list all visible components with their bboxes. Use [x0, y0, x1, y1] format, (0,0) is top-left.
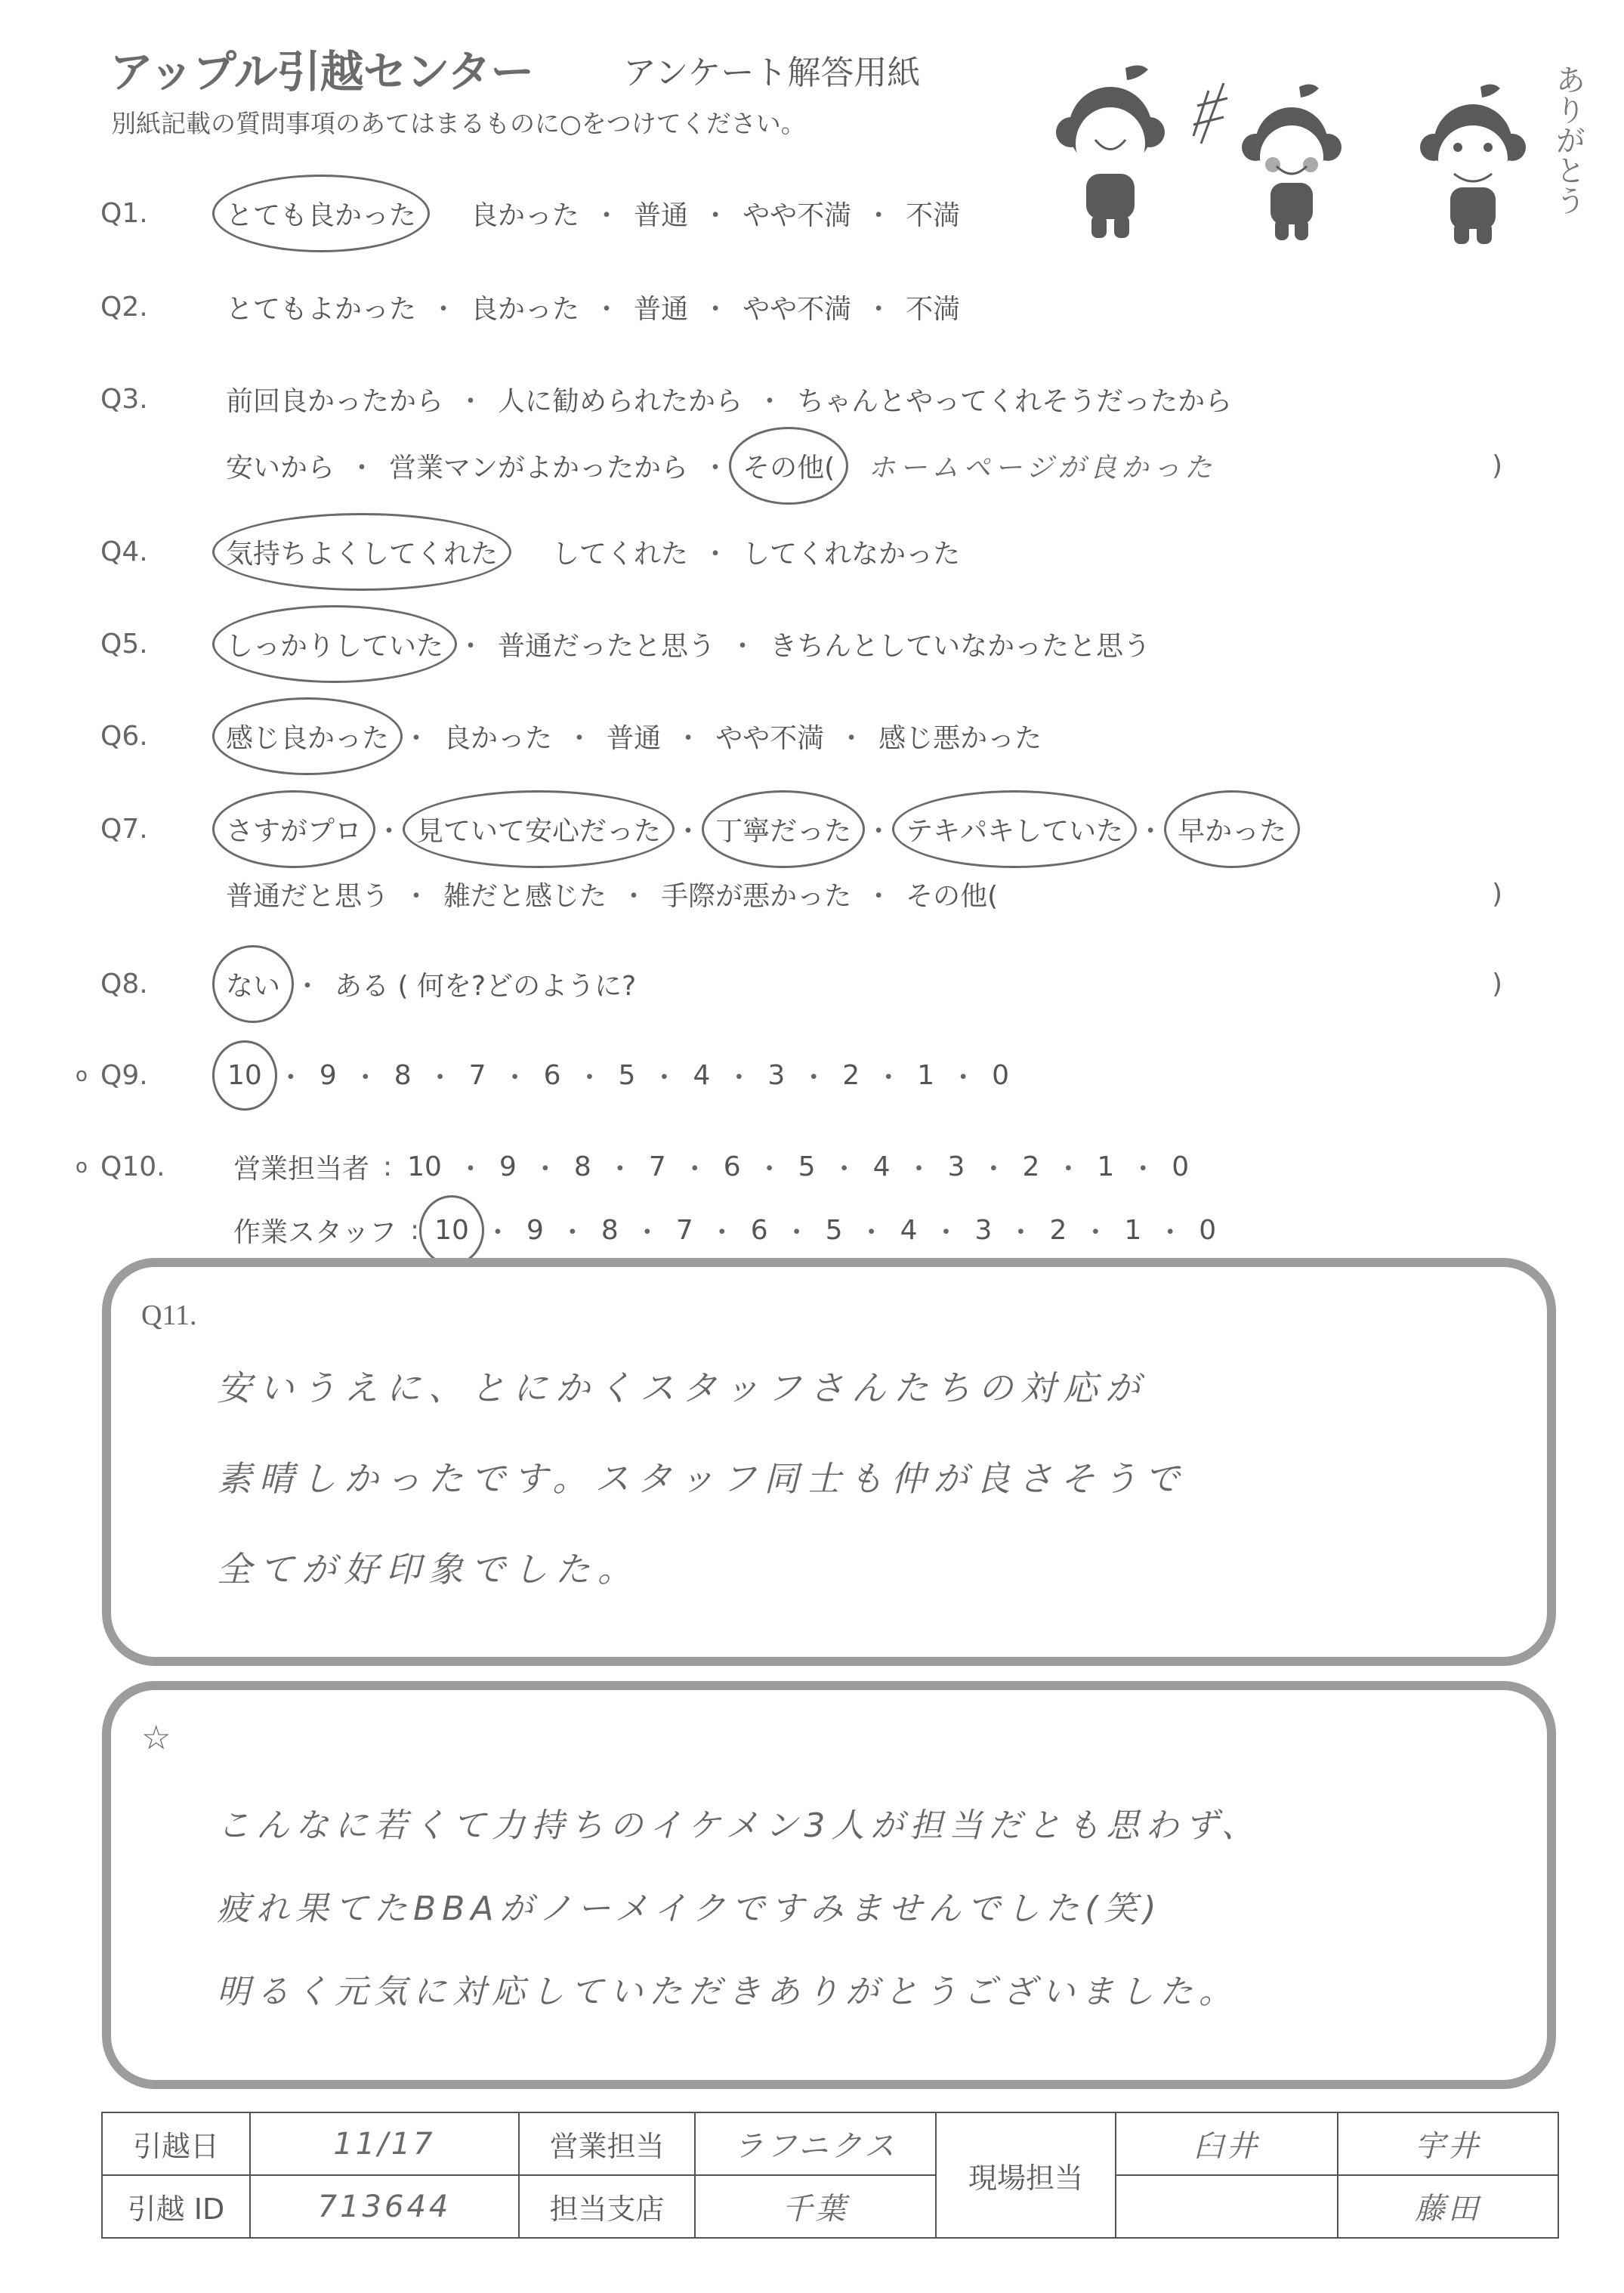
option-q2-0[interactable]: とてもよかった: [223, 288, 419, 326]
score-q9-8[interactable]: 8: [390, 1060, 416, 1091]
q10-staff-label: 作業スタッフ: [230, 1211, 400, 1250]
option-q4-1[interactable]: してくれた: [549, 533, 691, 571]
option-q3-4[interactable]: 営業マンがよかったから: [386, 447, 691, 485]
site-staff-4[interactable]: 藤田: [1338, 2175, 1558, 2238]
option-q2-2[interactable]: 普通: [631, 288, 691, 326]
option-q7-4[interactable]: 早かった: [1175, 810, 1289, 848]
move-id-value[interactable]: 713644: [250, 2175, 519, 2238]
question-label: Q1.: [100, 198, 148, 229]
score-q10-sales-2[interactable]: 2: [1017, 1151, 1044, 1182]
question-label: Q3.: [100, 384, 148, 415]
question-label: Q7.: [100, 814, 148, 845]
score-q10-staff-5[interactable]: 5: [821, 1215, 848, 1246]
option-q7-3[interactable]: テキパキしていた: [903, 810, 1126, 848]
option-q8-0[interactable]: ない: [223, 965, 283, 1003]
score-q10-staff-7[interactable]: 7: [672, 1215, 698, 1246]
site-staff-1[interactable]: 臼井: [1116, 2112, 1338, 2175]
move-date-label: 引越日: [102, 2112, 250, 2175]
score-q9-10[interactable]: 10: [223, 1060, 267, 1091]
option-q6-2[interactable]: 普通: [604, 717, 664, 756]
option-q2-4[interactable]: 不満: [903, 288, 963, 326]
option-q6-4[interactable]: 感じ悪かった: [875, 717, 1045, 756]
sales-rep-label: 営業担当: [519, 2112, 695, 2175]
option-q1-4[interactable]: 不満: [903, 194, 963, 233]
q11-label: Q11.: [141, 1299, 197, 1332]
margin-check-mark: o: [76, 1064, 88, 1086]
q11-line-2: 素晴しかったです。スタッフ同士も仲が良さそうで: [217, 1433, 1187, 1524]
option-q3-0[interactable]: 前回良かったから: [223, 380, 446, 419]
option-q6-0[interactable]: 感じ良かった: [223, 717, 392, 756]
question-label: Q2.: [100, 292, 148, 323]
score-q9-6[interactable]: 6: [539, 1060, 566, 1091]
option-q7-1[interactable]: 見ていて安心だった: [413, 810, 664, 848]
option-q6-1[interactable]: 良かった: [440, 717, 555, 756]
option-q7-0[interactable]: さすがプロ: [223, 810, 365, 848]
option-q7-5[interactable]: 普通だと思う: [223, 875, 392, 913]
option-q3-2[interactable]: ちゃんとやってくれそうだったから: [794, 380, 1235, 419]
score-q10-staff-0[interactable]: 0: [1194, 1215, 1221, 1246]
option-q7-other[interactable]: その他(: [903, 875, 1001, 913]
option-q1-0[interactable]: とても良かった: [223, 194, 419, 233]
score-q10-sales-3[interactable]: 3: [943, 1151, 970, 1182]
move-id-label: 引越 ID: [102, 2175, 250, 2238]
score-q10-staff-4[interactable]: 4: [896, 1215, 922, 1246]
branch-label: 担当支店: [519, 2175, 695, 2238]
margin-check-mark: o: [76, 1155, 88, 1178]
score-q10-staff-10[interactable]: 10: [430, 1215, 474, 1246]
question-label: Q4.: [100, 536, 148, 567]
site-staff-2[interactable]: 宇井: [1338, 2112, 1558, 2175]
score-q10-sales-8[interactable]: 8: [570, 1151, 596, 1182]
close-paren: ): [1492, 879, 1502, 910]
score-q10-staff-8[interactable]: 8: [597, 1215, 623, 1246]
free-comment-box[interactable]: ☆ こんなに若くて力持ちのイケメン3人が担当だとも思わず、 疲れ果てたBBAがノ…: [102, 1681, 1556, 2089]
move-info-table: 引越日 11/17 営業担当 ラフニクス 現場担当 臼井 宇井 引越 ID 71…: [101, 2112, 1559, 2239]
close-paren: ): [1492, 450, 1502, 481]
site-staff-3[interactable]: [1116, 2175, 1338, 2238]
branch-value[interactable]: 千葉: [695, 2175, 936, 2238]
instruction-text: 別紙記載の質問事項のあてはまるものに○をつけてください。: [111, 104, 806, 140]
score-q10-sales-9[interactable]: 9: [495, 1151, 521, 1182]
option-q5-0[interactable]: しっかりしていた: [223, 625, 446, 663]
monkey-mascot-icon: [1050, 53, 1594, 249]
star-line-3: 明るく元気に対応していただきありがとうございました。: [217, 1947, 1238, 2038]
star-icon: ☆: [141, 1719, 171, 1757]
option-q7-6[interactable]: 雑だと感じた: [440, 875, 610, 913]
score-q9-1[interactable]: 1: [912, 1060, 939, 1091]
question-label: Q9.: [100, 1060, 148, 1091]
score-q10-sales-5[interactable]: 5: [794, 1151, 820, 1182]
question-label: Q5.: [100, 629, 148, 660]
q11-line-1: 安いうえに、とにかくスタッフさんたちの対応が: [217, 1343, 1147, 1433]
mascot-caption: ありがとう: [1539, 64, 1585, 215]
option-q6-3[interactable]: やや不満: [712, 717, 827, 756]
close-paren: ): [1492, 969, 1502, 1000]
score-q9-4[interactable]: 4: [688, 1060, 715, 1091]
option-q2-3[interactable]: やや不満: [739, 288, 854, 326]
option-q3-1[interactable]: 人に勧められたから: [495, 380, 746, 419]
option-q3-other[interactable]: その他(: [739, 447, 838, 485]
question-label: Q8.: [100, 969, 148, 1000]
option-q2-1[interactable]: 良かった: [468, 288, 582, 326]
option-q5-1[interactable]: 普通だったと思う: [495, 625, 718, 663]
option-q1-1[interactable]: 良かった: [468, 194, 582, 233]
question-label: Q10.: [100, 1151, 165, 1182]
move-date-value[interactable]: 11/17: [250, 2112, 519, 2175]
score-q9-2[interactable]: 2: [838, 1060, 864, 1091]
score-q9-9[interactable]: 9: [315, 1060, 341, 1091]
q11-comment-box[interactable]: Q11. 安いうえに、とにかくスタッフさんたちの対応が 素晴しかったです。スタッ…: [102, 1258, 1556, 1666]
star-line-2: 疲れ果てたBBAがノーメイクですみませんでした(笑): [217, 1864, 1162, 1955]
score-q9-0[interactable]: 0: [987, 1060, 1014, 1091]
q3-other-answer[interactable]: ホームページが良かった: [868, 447, 1216, 485]
option-q7-2[interactable]: 丁寧だった: [712, 810, 854, 848]
option-q3-3[interactable]: 安いから: [223, 447, 338, 485]
score-q10-staff-3[interactable]: 3: [971, 1215, 997, 1246]
brand-title: アップル引越センター: [110, 36, 533, 100]
score-q10-staff-1[interactable]: 1: [1119, 1215, 1146, 1246]
score-q10-sales-6[interactable]: 6: [719, 1151, 746, 1182]
score-q9-5[interactable]: 5: [614, 1060, 641, 1091]
score-q9-3[interactable]: 3: [763, 1060, 789, 1091]
score-q10-sales-7[interactable]: 7: [644, 1151, 671, 1182]
option-q8-1[interactable]: ある ( 何を?どのように?: [332, 965, 639, 1003]
sales-rep-value[interactable]: ラフニクス: [695, 2112, 936, 2175]
option-q4-0[interactable]: 気持ちよくしてくれた: [223, 533, 501, 571]
score-q10-sales-0[interactable]: 0: [1167, 1151, 1193, 1182]
score-q10-staff-6[interactable]: 6: [746, 1215, 773, 1246]
q10-sales-label: 営業担当者: [230, 1148, 372, 1186]
option-q5-2[interactable]: きちんとしていなかったと思う: [767, 625, 1153, 663]
option-q7-7[interactable]: 手際が悪かった: [658, 875, 854, 913]
option-q1-2[interactable]: 普通: [631, 194, 691, 233]
site-staff-label: 現場担当: [936, 2112, 1116, 2238]
score-q10-staff-9[interactable]: 9: [522, 1215, 548, 1246]
option-q4-2[interactable]: してくれなかった: [739, 533, 963, 571]
score-q9-7[interactable]: 7: [465, 1060, 491, 1091]
score-q10-sales-4[interactable]: 4: [869, 1151, 895, 1182]
score-q10-staff-2[interactable]: 2: [1045, 1215, 1071, 1246]
form-title: アンケート解答用紙: [623, 45, 920, 94]
question-label: Q6.: [100, 721, 148, 752]
score-q10-sales-1[interactable]: 1: [1092, 1151, 1119, 1182]
q11-line-3: 全てが好印象でした。: [217, 1524, 640, 1615]
score-q10-sales-10[interactable]: 10: [403, 1151, 446, 1182]
star-line-1: こんなに若くて力持ちのイケメン3人が担当だとも思わず、: [217, 1781, 1261, 1871]
option-q1-3[interactable]: やや不満: [739, 194, 854, 233]
